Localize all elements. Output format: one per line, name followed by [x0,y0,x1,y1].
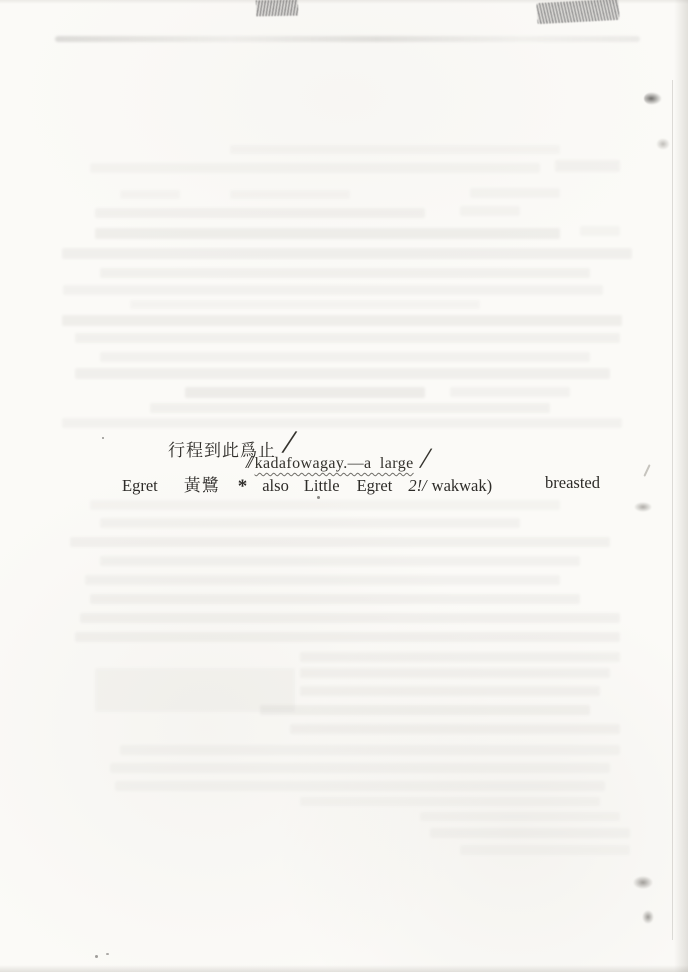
bleedthrough-line [130,300,480,309]
bleedthrough-line [100,268,590,278]
bleedthrough-line [115,781,605,791]
bleedthrough-line [100,352,590,362]
bleedthrough-line [460,206,520,216]
bleedthrough-line [62,418,622,428]
printed-word: also [262,476,289,496]
page-edge-line [672,80,673,940]
printed-word: Egret [357,476,393,496]
printed-word: * [238,476,248,498]
printed-text-line: Egret黃鷺*alsoLittleEgret2!/wakwak) [122,471,492,497]
bleedthrough-line [300,686,600,696]
margin-smudge-mark [642,910,654,924]
bleedthrough-line [95,228,560,239]
bleedthrough-line [110,763,610,773]
bleedthrough-line [85,575,560,585]
printed-word: 2!/ [408,476,426,496]
bleedthrough-line [300,797,600,806]
scanned-page: 行程到此爲止 / //kadafowagay.—a large / Egret黃… [0,0,688,972]
margin-smudge-mark [644,92,662,105]
bleedthrough-line [75,368,610,379]
bleedthrough-line [470,188,560,198]
ink-speck [102,437,104,439]
bleedthrough-line [260,705,590,715]
double-slash-mark: // [246,452,251,473]
bleedthrough-line [450,387,570,397]
bleedthrough-line [300,668,610,678]
printed-word: Egret [122,476,158,496]
page-bottom-edge [0,965,688,972]
margin-smudge-mark [633,876,653,889]
bleedthrough-line [62,315,622,326]
romanized-gloss-text: kadafowagay.—a large [255,455,414,472]
bleedthrough-line [90,163,540,173]
page-edge-shadow [674,0,688,972]
scan-smudge-top-right [537,0,620,24]
bleedthrough-line [95,208,425,218]
bleedthrough-line [580,226,620,236]
printed-word-breasted: breasted [545,473,600,493]
bleedthrough-line [90,594,580,604]
pencil-tick-mark [643,464,650,477]
printed-word: 黃鷺 [184,471,220,496]
printed-word: Little [304,476,340,496]
scan-smudge-top-center [256,0,298,16]
bleedthrough-line [100,518,520,528]
bleedthrough-line [230,145,560,154]
bleedthrough-line [62,248,632,259]
scan-streak-horizontal [55,36,640,42]
bleedthrough-line [430,828,630,838]
bleedthrough-line [80,613,620,623]
printed-word: wakwak) [432,476,492,496]
bleedthrough-line [75,333,620,343]
bleedthrough-line [63,285,603,295]
bleedthrough-line [70,537,610,547]
margin-smudge-mark [656,138,670,150]
bleedthrough-line [120,190,180,199]
bleedthrough-line [290,724,620,734]
bleedthrough-line [230,190,350,199]
bleedthrough-line [75,632,620,642]
handwritten-slash-mark: / [420,444,430,475]
margin-smudge-mark [634,502,652,512]
bleedthrough-line [90,500,560,510]
bleedthrough-line [300,652,620,662]
bleedthrough-line [420,812,620,821]
bleedthrough-line [460,845,630,855]
bleedthrough-line [100,556,580,566]
ink-speck [95,955,98,958]
bleedthrough-line [150,403,550,413]
bleedthrough-line [120,745,620,755]
bleedthrough-line [555,160,620,172]
ink-speck [106,953,109,955]
bleedthrough-line [185,387,425,398]
